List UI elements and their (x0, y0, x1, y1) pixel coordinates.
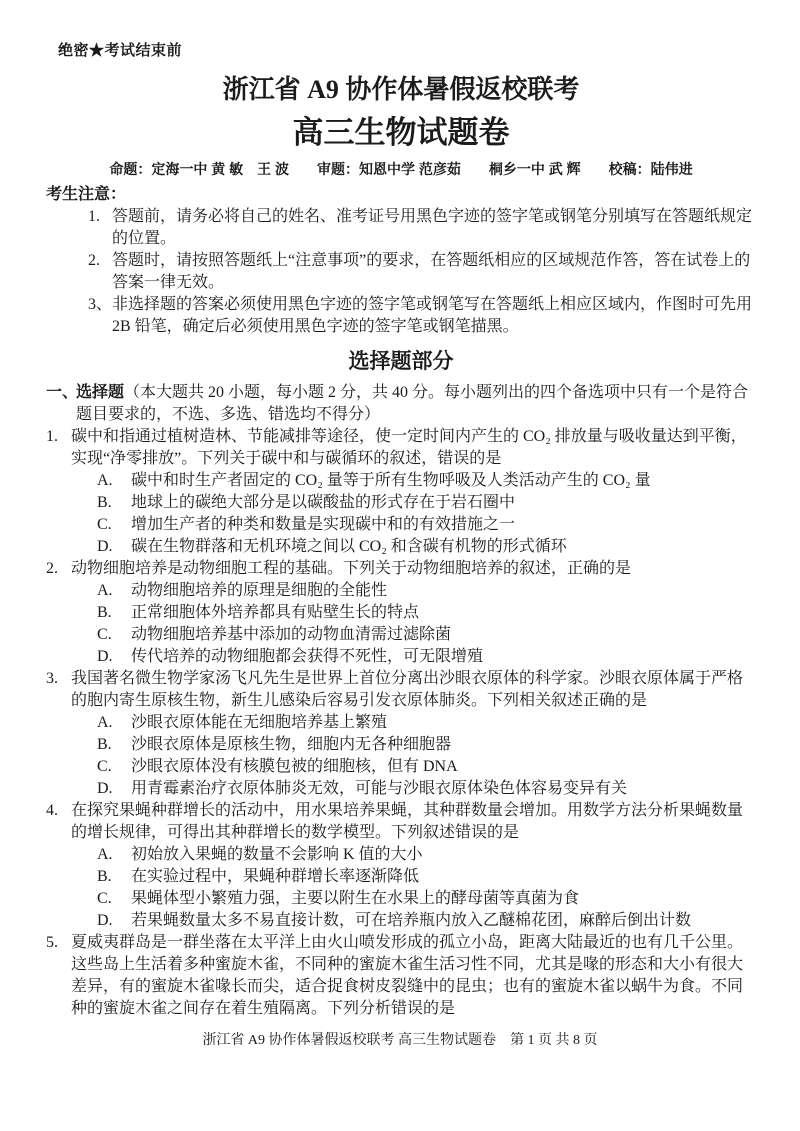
option-label: C. (97, 888, 131, 910)
option-text: 若果蝇数量太多不易直接计数，可在培养瓶内放入乙醚棉花团，麻醉后倒出计数 (131, 910, 756, 932)
section-heading: 选择题部分 (46, 347, 756, 377)
option-text: 初始放入果蝇的数量不会影响 K 值的大小 (131, 844, 756, 866)
option-text: 正常细胞体外培养都具有贴壁生长的特点 (131, 602, 756, 624)
option-label: B. (97, 492, 131, 514)
paper-title: 浙江省 A9 协作体暑假返校联考 (46, 74, 756, 106)
question-item: 3. 我国著名微生物学家汤飞凡先生是世界上首位分离出沙眼衣原体的科学家。沙眼衣原… (46, 668, 756, 800)
option-row: D. 传代培养的动物细胞都会获得不死性，可无限增殖 (97, 646, 756, 668)
option-text: 碳中和时生产者固定的 CO₂ 量等于所有生物呼吸及人类活动产生的 CO₂ 量 (131, 470, 756, 492)
question-item: 4. 在探究果蝇种群增长的活动中，用水果培养果蝇，其种群数量会增加。用数学方法分… (46, 800, 756, 932)
question-stem: 在探究果蝇种群增长的活动中，用水果培养果蝇，其种群数量会增加。用数学方法分析果蝇… (71, 800, 756, 844)
notice-item-text: 非选择题的答案必须使用黑色字迹的签字笔或钢笔写在答题纸上相应区域内，作图时可先用… (112, 294, 756, 338)
page-footer: 浙江省 A9 协作体暑假返校联考 高三生物试题卷 第 1 页 共 8 页 (0, 1031, 800, 1051)
option-label: C. (97, 514, 131, 536)
option-label: A. (97, 844, 131, 866)
option-text: 地球上的碳绝大部分是以碳酸盐的形式存在于岩石圈中 (131, 492, 756, 514)
section-intro-marker: 一、 (46, 382, 76, 426)
notice-item: 1. 答题前，请务必将自己的姓名、准考证号用黑色字迹的签字笔或钢笔分别填写在答题… (88, 206, 756, 250)
section-intro-text: 选择题（本大题共 20 小题，每小题 2 分，共 40 分。每小题列出的四个备选… (76, 382, 756, 426)
option-label: D. (97, 910, 131, 932)
exam-sheet: 绝密★考试结束前 浙江省 A9 协作体暑假返校联考 高三生物试题卷 命题：定海一… (0, 0, 800, 1020)
option-label: C. (97, 624, 131, 646)
option-row: A. 沙眼衣原体能在无细胞培养基上繁殖 (97, 712, 756, 734)
classification-label: 绝密★考试结束前 (58, 40, 756, 62)
question-number: 5. (46, 932, 71, 1020)
section-intro: 一、 选择题（本大题共 20 小题，每小题 2 分，共 40 分。每小题列出的四… (46, 382, 756, 426)
option-row: D. 若果蝇数量太多不易直接计数，可在培养瓶内放入乙醚棉花团，麻醉后倒出计数 (97, 910, 756, 932)
option-text: 用青霉素治疗衣原体肺炎无效，可能与沙眼衣原体染色体容易变异有关 (131, 778, 756, 800)
option-label: B. (97, 866, 131, 888)
option-label: C. (97, 756, 131, 778)
question-number: 4. (46, 800, 71, 932)
question-stem: 夏威夷群岛是一群坐落在太平洋上由火山喷发形成的孤立小岛，距离大陆最近的也有几千公… (71, 932, 756, 1020)
section-intro-rest: （本大题共 20 小题，每小题 2 分，共 40 分。每小题列出的四个备选项中只… (76, 384, 748, 423)
option-row: D. 用青霉素治疗衣原体肺炎无效，可能与沙眼衣原体染色体容易变异有关 (97, 778, 756, 800)
notice-item: 2. 答题时，请按照答题纸上“注意事项”的要求，在答题纸相应的区域规范作答，答在… (88, 250, 756, 294)
paper-subtitle: 高三生物试题卷 (46, 114, 756, 152)
notice-item-text: 答题时，请按照答题纸上“注意事项”的要求，在答题纸相应的区域规范作答，答在试卷上… (112, 250, 756, 294)
option-label: D. (97, 778, 131, 800)
option-text: 动物细胞培养的原理是细胞的全能性 (131, 580, 756, 602)
option-row: B. 在实验过程中，果蝇种群增长率逐渐降低 (97, 866, 756, 888)
option-row: C. 沙眼衣原体没有核膜包被的细胞核，但有 DNA (97, 756, 756, 778)
question-item: 2. 动物细胞培养是动物细胞工程的基础。下列关于动物细胞培养的叙述，正确的是 A… (46, 558, 756, 668)
option-row: A. 碳中和时生产者固定的 CO₂ 量等于所有生物呼吸及人类活动产生的 CO₂ … (97, 470, 756, 492)
option-text: 沙眼衣原体能在无细胞培养基上繁殖 (131, 712, 756, 734)
exam-paper-page: { "page": { "classification": "绝密★考试结束前"… (0, 0, 800, 1131)
question-number: 2. (46, 558, 71, 668)
question-item: 5. 夏威夷群岛是一群坐落在太平洋上由火山喷发形成的孤立小岛，距离大陆最近的也有… (46, 932, 756, 1020)
option-row: B. 地球上的碳绝大部分是以碳酸盐的形式存在于岩石圈中 (97, 492, 756, 514)
option-text: 沙眼衣原体是原核生物，细胞内无各种细胞器 (131, 734, 756, 756)
notice-item: 3、 非选择题的答案必须使用黑色字迹的签字笔或钢笔写在答题纸上相应区域内，作图时… (88, 294, 756, 338)
question-number: 1. (46, 426, 71, 558)
option-label: B. (97, 602, 131, 624)
option-text: 传代培养的动物细胞都会获得不死性，可无限增殖 (131, 646, 756, 668)
option-row: B. 正常细胞体外培养都具有贴壁生长的特点 (97, 602, 756, 624)
option-text: 碳在生物群落和无机环境之间以 CO₂ 和含碳有机物的形式循环 (131, 536, 756, 558)
notice-item-marker: 2. (88, 250, 112, 294)
notice-item-marker: 3、 (88, 294, 112, 338)
option-row: B. 沙眼衣原体是原核生物，细胞内无各种细胞器 (97, 734, 756, 756)
question-item: 1. 碳中和指通过植树造林、节能减排等途径，使一定时间内产生的 CO₂ 排放量与… (46, 426, 756, 558)
option-text: 果蝇体型小繁殖力强，主要以附生在水果上的酵母菌等真菌为食 (131, 888, 756, 910)
option-row: C. 果蝇体型小繁殖力强，主要以附生在水果上的酵母菌等真菌为食 (97, 888, 756, 910)
section-intro-title: 选择题 (76, 384, 124, 401)
notice-item-text: 答题前，请务必将自己的姓名、准考证号用黑色字迹的签字笔或钢笔分别填写在答题纸规定… (112, 206, 756, 250)
option-row: D. 碳在生物群落和无机环境之间以 CO₂ 和含碳有机物的形式循环 (97, 536, 756, 558)
credits-line: 命题：定海一中 黄 敏 王 波 审题：知恩中学 范彦茹 桐乡一中 武 辉 校稿：… (46, 159, 756, 179)
option-text: 在实验过程中，果蝇种群增长率逐渐降低 (131, 866, 756, 888)
option-label: B. (97, 734, 131, 756)
option-row: C. 动物细胞培养基中添加的动物血清需过滤除菌 (97, 624, 756, 646)
option-row: C. 增加生产者的种类和数量是实现碳中和的有效措施之一 (97, 514, 756, 536)
option-text: 动物细胞培养基中添加的动物血清需过滤除菌 (131, 624, 756, 646)
question-number: 3. (46, 668, 71, 800)
option-label: A. (97, 712, 131, 734)
option-text: 沙眼衣原体没有核膜包被的细胞核，但有 DNA (131, 756, 756, 778)
option-label: A. (97, 470, 131, 492)
question-stem: 我国著名微生物学家汤飞凡先生是世界上首位分离出沙眼衣原体的科学家。沙眼衣原体属于… (71, 668, 756, 712)
notice-item-marker: 1. (88, 206, 112, 250)
option-label: D. (97, 646, 131, 668)
option-label: D. (97, 536, 131, 558)
question-stem: 碳中和指通过植树造林、节能减排等途径，使一定时间内产生的 CO₂ 排放量与吸收量… (71, 426, 756, 470)
option-row: A. 动物细胞培养的原理是细胞的全能性 (97, 580, 756, 602)
notice-heading: 考生注意： (46, 184, 756, 206)
option-row: A. 初始放入果蝇的数量不会影响 K 值的大小 (97, 844, 756, 866)
option-label: A. (97, 580, 131, 602)
option-text: 增加生产者的种类和数量是实现碳中和的有效措施之一 (131, 514, 756, 536)
question-stem: 动物细胞培养是动物细胞工程的基础。下列关于动物细胞培养的叙述，正确的是 (71, 558, 756, 580)
